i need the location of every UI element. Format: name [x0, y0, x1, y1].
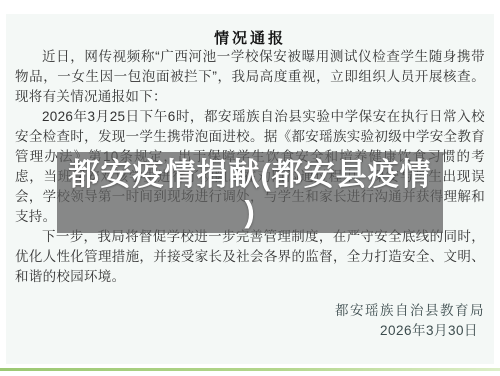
notice-paragraph-followup: 下一步，我局将督促学校进一步完善管理制度，在严守安全底线的同时，优化人性化管理措… [15, 227, 485, 287]
signature-block: 都安瑶族自治县教育局 2026年3月30日 [15, 301, 485, 341]
signature-organization: 都安瑶族自治县教育局 [15, 301, 485, 321]
notice-card: 情况通报 近日，网传视频称“广西河池一学校保安被曝用测试仪检查学生随身携带物品，… [6, 14, 494, 364]
signature-date: 2026年3月30日 [15, 321, 485, 341]
notice-paragraph-incident: 2026年3月25日下午6时，都安瑶族自治县实验中学保安在执行日常入校安全检查时… [15, 107, 485, 227]
notice-paragraph-intro: 近日，网传视频称“广西河池一学校保安被曝用测试仪检查学生随身携带物品，一女生因一… [15, 47, 485, 107]
notice-title: 情况通报 [15, 31, 485, 47]
green-divider-line [0, 368, 500, 371]
